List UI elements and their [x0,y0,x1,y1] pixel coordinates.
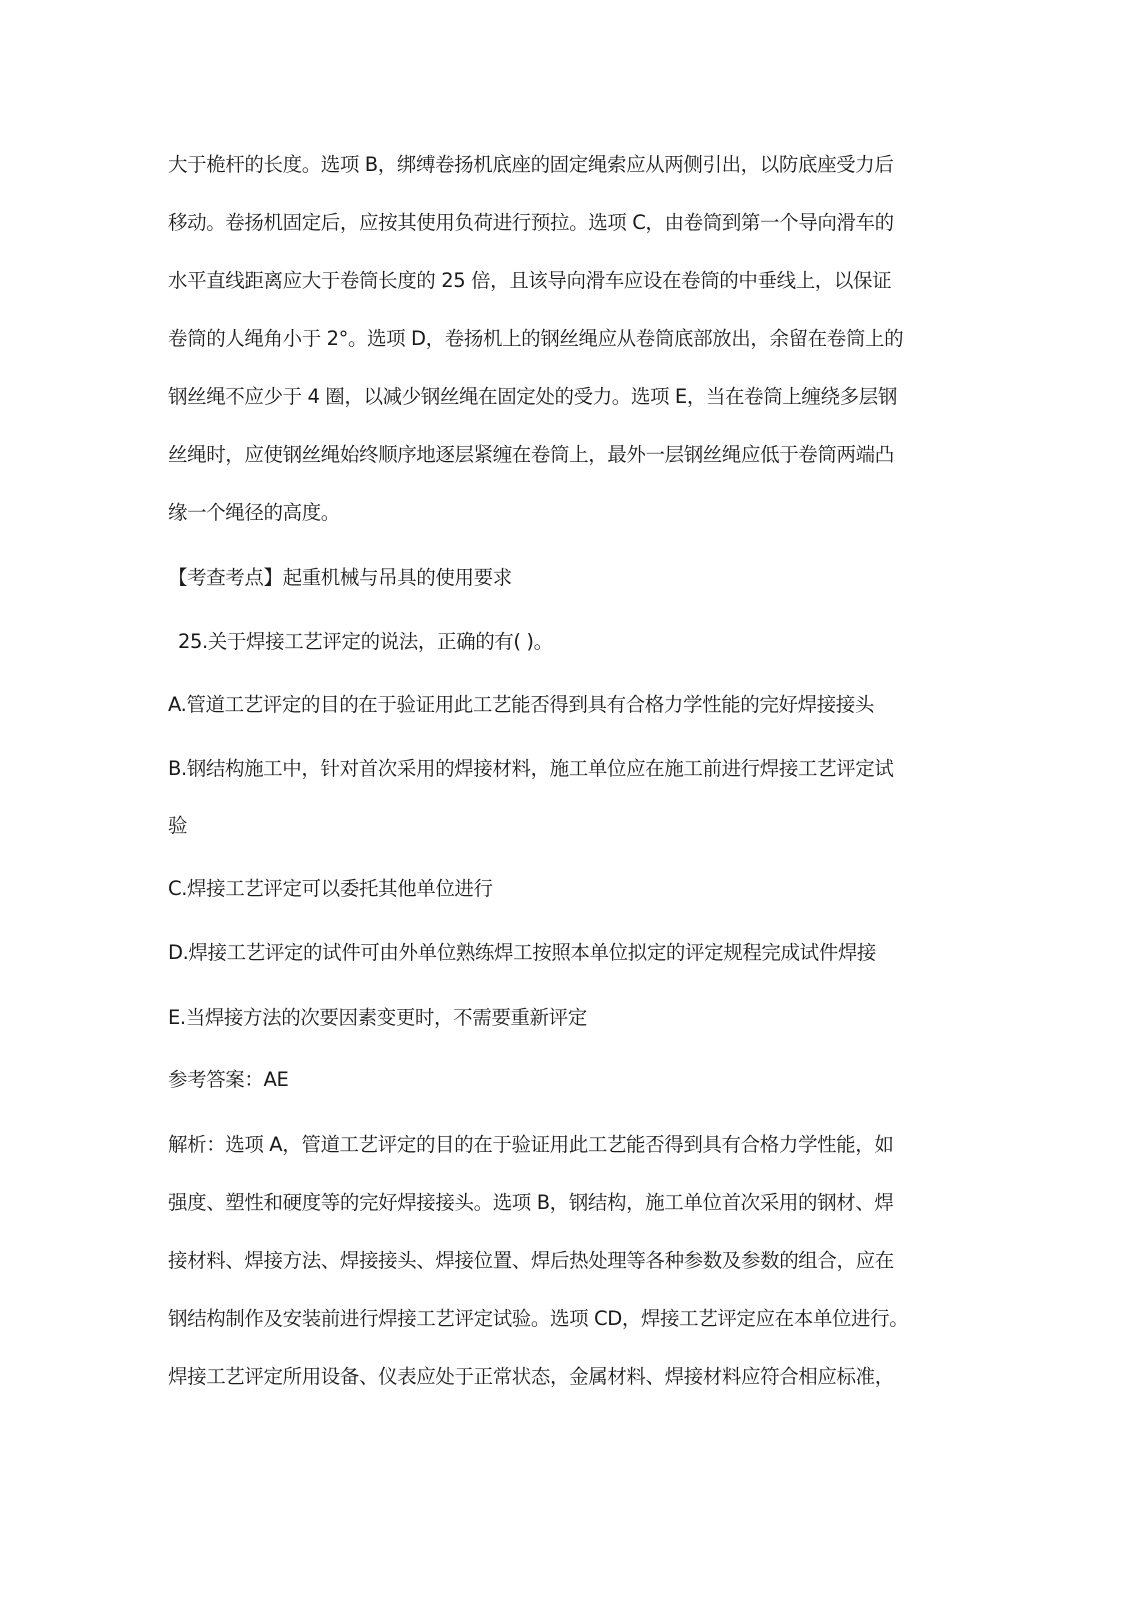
paragraph-line: 钢丝绳不应少于 4 圈，以减少钢丝绳在固定处的受力。选项 E，当在卷筒上缠绕多层… [168,382,948,412]
paragraph-line: 缘一个绳径的高度。 [168,498,948,528]
option-b-continued: 验 [168,811,948,841]
reference-answer: 参考答案：AE [168,1065,948,1095]
analysis-line: 强度、塑性和硬度等的完好焊接接头。选项 B，钢结构，施工单位首次采用的钢材、焊 [168,1188,948,1218]
paragraph-line: 丝绳时，应使钢丝绳始终顺序地逐层紧缠在卷筒上，最外一层钢丝绳应低于卷筒两端凸 [168,440,948,470]
option-b: B.钢结构施工中，针对首次采用的焊接材料，施工单位应在施工前进行焊接工艺评定试 [168,754,948,784]
paragraph-line: 水平直线距离应大于卷筒长度的 25 倍，且该导向滑车应设在卷筒的中垂线上，以保证 [168,266,948,296]
paragraph-line: 大于桅杆的长度。选项 B，绑缚卷扬机底座的固定绳索应从两侧引出，以防底座受力后 [168,150,948,180]
option-c: C.焊接工艺评定可以委托其他单位进行 [168,874,948,904]
document-page: 大于桅杆的长度。选项 B，绑缚卷扬机底座的固定绳索应从两侧引出，以防底座受力后 … [0,0,1131,1600]
question-stem: 25.关于焊接工艺评定的说法，正确的有( )。 [178,627,958,657]
paragraph-line: 卷筒的人绳角小于 2°。选项 D，卷扬机上的钢丝绳应从卷筒底部放出，余留在卷筒上… [168,324,948,354]
exam-point-label: 【考查考点】起重机械与吊具的使用要求 [168,563,948,593]
analysis-line: 接材料、焊接方法、焊接接头、焊接位置、焊后热处理等各种参数及参数的组合，应在 [168,1246,948,1276]
option-e: E.当焊接方法的次要因素变更时，不需要重新评定 [168,1003,948,1033]
option-d: D.焊接工艺评定的试件可由外单位熟练焊工按照本单位拟定的评定规程完成试件焊接 [168,938,948,968]
option-a: A.管道工艺评定的目的在于验证用此工艺能否得到具有合格力学性能的完好焊接接头 [168,690,948,720]
analysis-line: 焊接工艺评定所用设备、仪表应处于正常状态，金属材料、焊接材料应符合相应标准， [168,1362,948,1392]
paragraph-line: 移动。卷扬机固定后，应按其使用负荷进行预拉。选项 C，由卷筒到第一个导向滑车的 [168,208,948,238]
analysis-line: 解析：选项 A，管道工艺评定的目的在于验证用此工艺能否得到具有合格力学性能，如 [168,1130,948,1160]
analysis-line: 钢结构制作及安装前进行焊接工艺评定试验。选项 CD，焊接工艺评定应在本单位进行。 [168,1304,948,1334]
